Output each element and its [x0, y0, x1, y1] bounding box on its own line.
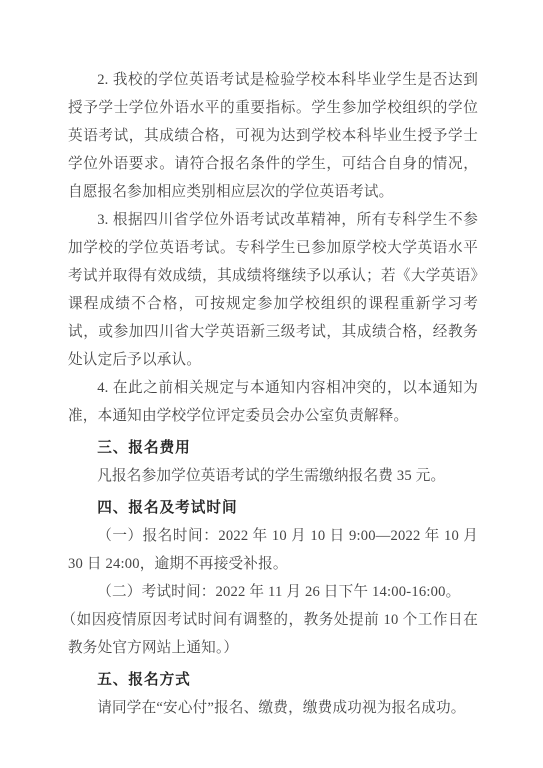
paragraph: （二）考试时间：2022 年 11 月 26 日下午 14:00-16:00。	[68, 578, 478, 606]
section-heading: 五、报名方式	[68, 666, 478, 694]
paragraph: 请同学在“安心付”报名、缴费，缴费成功视为报名成功。	[68, 694, 478, 722]
paragraph: 2. 我校的学位英语考试是检验学校本科毕业学生是否达到授予学士学位外语水平的重要…	[68, 66, 478, 206]
paragraph: 凡报名参加学位英语考试的学生需缴纳报名费 35 元。	[68, 462, 478, 490]
paragraph: 4. 在此之前相关规定与本通知内容相冲突的，以本通知为准，本通知由学校学位评定委…	[68, 374, 478, 430]
paragraph: （一）报名时间：2022 年 10 月 10 日 9:00—2022 年 10 …	[68, 522, 478, 578]
document-viewport: { "page": { "background_color": "#ffffff…	[0, 0, 543, 768]
section-heading: 四、报名及考试时间	[68, 494, 478, 522]
paragraph: （如因疫情原因考试时间有调整的，教务处提前 10 个工作日在教务处官方网站上通知…	[68, 606, 478, 662]
section-heading: 三、报名费用	[68, 434, 478, 462]
document-page: 2. 我校的学位英语考试是检验学校本科毕业学生是否达到授予学士学位外语水平的重要…	[0, 0, 543, 768]
paragraph: 3. 根据四川省学位外语考试改革精神，所有专科学生不参加学校的学位英语考试。专科…	[68, 206, 478, 374]
document-content: 2. 我校的学位英语考试是检验学校本科毕业学生是否达到授予学士学位外语水平的重要…	[68, 66, 478, 722]
